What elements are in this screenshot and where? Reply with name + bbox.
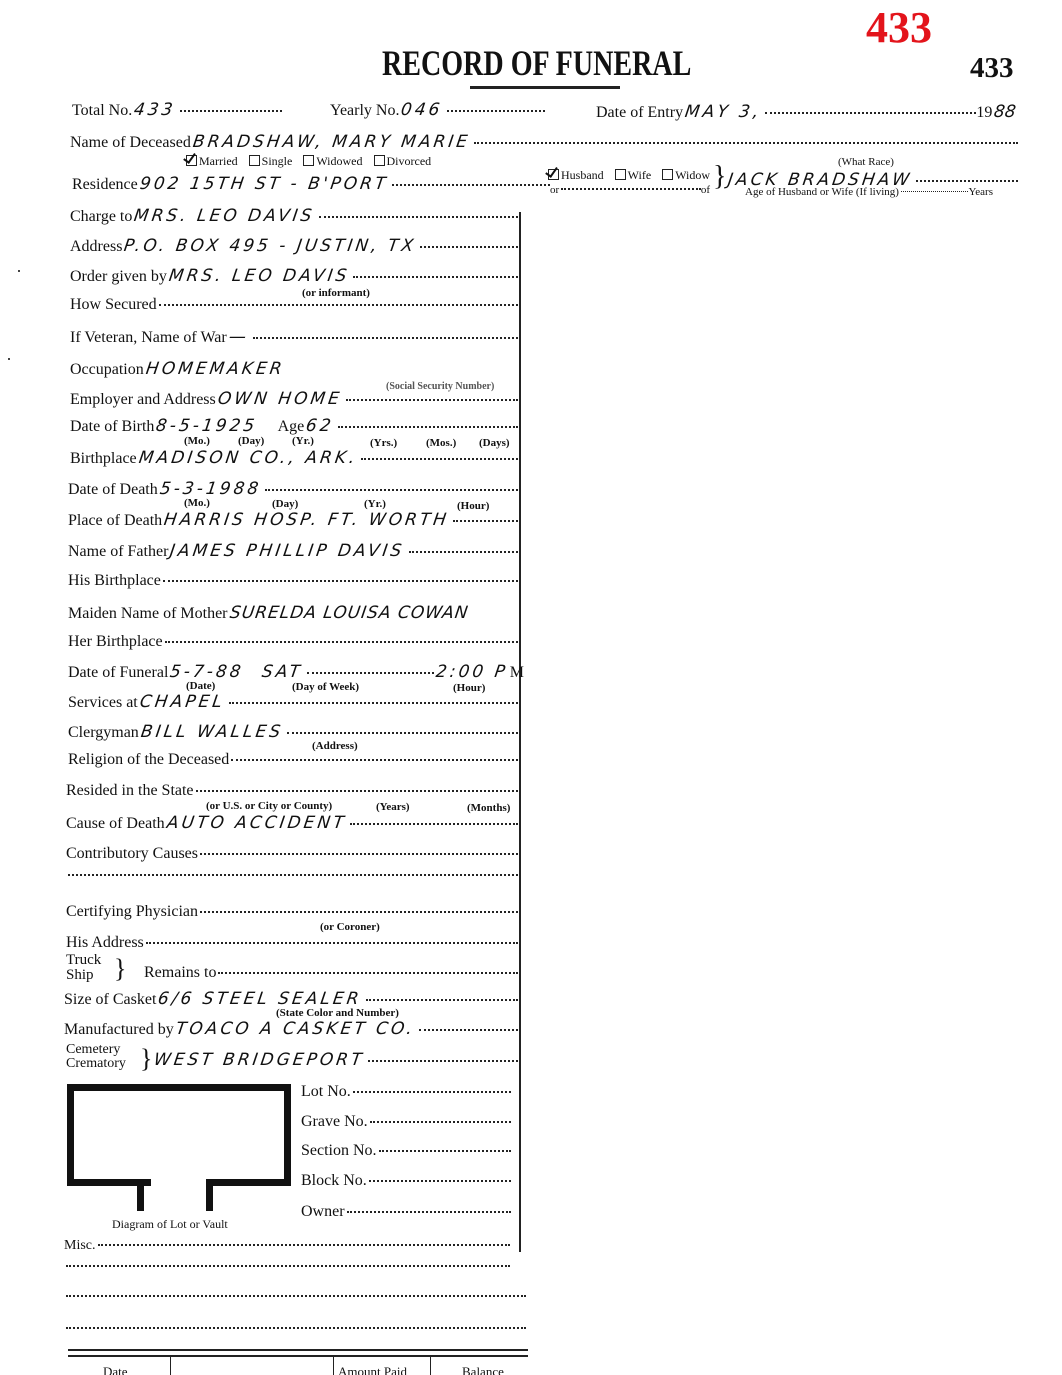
dotted-line — [68, 874, 518, 876]
dotted-line — [419, 1029, 518, 1031]
misc-field: Misc. — [64, 1238, 510, 1254]
father-label: Name of Father — [68, 543, 168, 561]
manufacturer-value: TOACO A CASKET CO. — [172, 1019, 418, 1039]
resided-label: Resided in the State — [66, 782, 194, 800]
casket-size-label: Size of Casket — [64, 991, 156, 1009]
dob-sub-day: (Day) — [238, 435, 264, 447]
dotted-line — [366, 999, 518, 1001]
diagram-edge — [67, 1179, 151, 1186]
dotted-line — [200, 911, 518, 913]
religion-label: Religion of the Deceased — [68, 751, 229, 769]
diagram-edge — [206, 1179, 284, 1186]
date-of-birth-label: Date of Birth — [70, 418, 154, 436]
dob-sub-yr: (Yr.) — [292, 435, 314, 447]
address-field: Address P.O. BOX 495 - JUSTIN, TX — [70, 236, 518, 256]
dotted-line — [180, 110, 282, 112]
veteran-war-label: If Veteran, Name of War — [70, 329, 227, 347]
contributory-field: Contributory Causes — [66, 845, 518, 863]
services-at-label: Services at — [68, 694, 138, 712]
funeral-date-value: 5-7-88 — [167, 662, 247, 682]
resided-sub-years: (Years) — [376, 801, 410, 813]
contributory-label: Contributory Causes — [66, 845, 198, 863]
diagram-caption: Diagram of Lot or Vault — [112, 1217, 228, 1232]
ship-label: Ship — [66, 968, 101, 983]
table-header-amount-paid: Amount Paid — [338, 1364, 407, 1375]
dotted-line — [165, 641, 518, 643]
father-value: JAMES PHILLIP DAVIS — [167, 541, 408, 561]
single-label: Single — [262, 154, 293, 168]
wife-checkbox[interactable] — [615, 169, 626, 180]
date-of-birth-value: 8-5-1925 — [153, 416, 261, 436]
spouse-age-label: Age of Husband or Wife (If living) — [745, 186, 899, 198]
section-no-field: Section No. — [301, 1142, 511, 1160]
manufacturer-field: Manufactured by TOACO A CASKET CO. — [64, 1019, 518, 1039]
brace: } — [114, 955, 126, 983]
page-title: RECORD OF FUNERAL — [382, 42, 691, 84]
dotted-line — [200, 853, 518, 855]
dotted-line — [66, 1327, 526, 1329]
table-col-divider — [170, 1356, 171, 1375]
physician-label: Certifying Physician — [66, 903, 198, 921]
dotted-line — [146, 942, 518, 944]
divorced-label: Divorced — [387, 154, 432, 168]
his-birthplace-label: His Birthplace — [68, 572, 161, 590]
divorced-checkbox[interactable] — [374, 155, 385, 166]
order-given-by-label: Order given by — [70, 268, 167, 286]
married-label: Married — [199, 154, 238, 168]
total-no-label: Total No. — [72, 102, 132, 120]
dotted-line — [916, 180, 1018, 182]
record-number-red: 433 — [866, 2, 932, 53]
what-race-label: (What Race) — [838, 156, 894, 168]
order-given-by-value: MRS. LEO DAVIS — [165, 266, 352, 286]
date-of-death-field: Date of Death 5-3-1988 — [68, 479, 518, 499]
table-col-divider — [333, 1356, 334, 1375]
table-top-rule — [68, 1349, 528, 1351]
dotted-line — [229, 702, 519, 704]
dotted-line — [338, 426, 518, 428]
cemetery-crematory-label: Cemetery Crematory — [66, 1043, 126, 1071]
or-coroner-note: (or Coroner) — [320, 921, 380, 933]
scan-mark — [8, 358, 10, 360]
or-label: or — [550, 184, 559, 196]
dotted-line — [163, 580, 518, 582]
dotted-line — [347, 1211, 511, 1213]
yearly-no-field: Yearly No. 046 — [330, 100, 545, 120]
her-birthplace-label: Her Birthplace — [68, 633, 163, 651]
yearly-no-label: Yearly No. — [330, 102, 399, 120]
dod-sub-day: (Day) — [272, 498, 298, 510]
dotted-line — [369, 1180, 511, 1182]
husband-label: Husband — [561, 168, 604, 182]
residence-value: 902 15TH ST - B'PORT — [136, 174, 391, 194]
dotted-line — [66, 1295, 526, 1297]
name-of-deceased-field: Name of Deceased BRADSHAW, MARY MARIE — [70, 132, 1018, 152]
remains-to-field: Remains to — [144, 964, 518, 982]
dotted-line — [231, 759, 518, 761]
resided-sub-area: (or U.S. or City or County) — [206, 800, 332, 812]
date-of-death-value: 5-3-1988 — [156, 479, 264, 499]
dotted-line — [159, 304, 518, 306]
place-of-death-label: Place of Death — [68, 512, 162, 530]
form-column-divider — [519, 212, 521, 1252]
funeral-day-value: SAT — [259, 662, 306, 682]
dotted-line — [447, 110, 545, 112]
age-label: Age — [278, 418, 305, 436]
dotted-line — [319, 216, 518, 218]
date-of-entry-field: Date of Entry MAY 3, 19 88 — [596, 102, 1018, 122]
casket-size-value: 6/6 STEEL SEALER — [155, 989, 365, 1009]
dotted-line — [218, 972, 518, 974]
marital-status-group: Married Single Widowed Divorced — [178, 154, 431, 169]
block-no-field: Block No. — [301, 1172, 511, 1190]
truck-ship-label: Truck Ship — [66, 953, 101, 983]
dotted-line — [265, 489, 518, 491]
veteran-war-value: — — [225, 327, 252, 347]
funeral-meridiem: M — [510, 664, 524, 682]
owner-label: Owner — [301, 1203, 345, 1221]
remains-to-label: Remains to — [144, 964, 216, 982]
widowed-label: Widowed — [316, 154, 362, 168]
section-no-label: Section No. — [301, 1142, 377, 1160]
single-checkbox[interactable] — [249, 155, 260, 166]
name-of-deceased-value: BRADSHAW, MARY MARIE — [189, 132, 473, 152]
record-number-print: 433 — [970, 52, 1014, 85]
misc-line-2 — [64, 1268, 510, 1270]
dotted-line — [474, 142, 1018, 144]
date-of-death-label: Date of Death — [68, 481, 158, 499]
total-no-value: 433 — [131, 100, 179, 120]
contributory-line-2 — [66, 877, 518, 879]
employer-value: OWN HOME — [214, 389, 345, 409]
occupation-label: Occupation — [70, 361, 144, 379]
manufacturer-label: Manufactured by — [64, 1021, 174, 1039]
charge-to-label: Charge to — [70, 208, 132, 226]
birthplace-field: Birthplace MADISON CO., ARK. — [70, 448, 518, 468]
employer-field: Employer and Address OWN HOME — [70, 389, 518, 409]
table-header-date: Date — [103, 1364, 128, 1375]
physician-field: Certifying Physician — [66, 903, 518, 921]
his-address-field: His Address — [66, 934, 518, 952]
his-address-label: His Address — [66, 934, 144, 952]
residence-or-of: or of — [550, 184, 710, 196]
religion-field: Religion of the Deceased — [68, 751, 518, 769]
table-top-rule — [68, 1355, 528, 1357]
dotted-line — [98, 1244, 511, 1246]
dotted-line — [901, 191, 969, 192]
widow-checkbox[interactable] — [662, 169, 673, 180]
residence-field: Residence 902 15TH ST - B'PORT — [72, 174, 550, 194]
charge-to-value: MRS. LEO DAVIS — [131, 206, 318, 226]
spouse-age-unit: Years — [968, 186, 993, 198]
place-of-death-field: Place of Death HARRIS HOSP. FT. WORTH — [68, 510, 518, 530]
clergyman-value: BILL WALLES — [137, 722, 286, 742]
dotted-line — [420, 246, 518, 248]
father-field: Name of Father JAMES PHILLIP DAVIS — [68, 541, 518, 561]
cause-of-death-label: Cause of Death — [66, 815, 165, 833]
misc-line-3 — [64, 1298, 526, 1300]
total-no-field: Total No. 433 — [72, 100, 282, 120]
dotted-line — [361, 458, 518, 460]
address-label: Address — [70, 238, 122, 256]
mother-field: Maiden Name of Mother SURELDA LOUISA COW… — [68, 603, 518, 623]
widow-label: Widow — [675, 168, 710, 182]
his-birthplace-field: His Birthplace — [68, 572, 518, 590]
dotted-line — [392, 184, 550, 186]
dotted-line — [409, 551, 518, 553]
dotted-line — [346, 399, 518, 401]
date-of-entry-label: Date of Entry — [596, 104, 683, 122]
occupation-value: HOMEMAKER — [142, 359, 287, 379]
diagram-edge — [137, 1186, 144, 1211]
funeral-date-label: Date of Funeral — [68, 664, 168, 682]
occupation-field: Occupation HOMEMAKER — [70, 359, 330, 379]
dotted-line — [561, 188, 701, 190]
name-of-deceased-label: Name of Deceased — [70, 134, 191, 152]
how-secured-field: How Secured — [70, 296, 518, 314]
truck-label: Truck — [66, 953, 101, 968]
cemetery-field: WEST BRIDGEPORT — [152, 1050, 518, 1070]
residence-label: Residence — [72, 176, 138, 194]
misc-label: Misc. — [64, 1238, 96, 1254]
birthplace-value: MADISON CO., ARK. — [135, 448, 360, 468]
birthplace-label: Birthplace — [70, 450, 137, 468]
dod-sub-mo: (Mo.) — [184, 497, 210, 509]
block-no-label: Block No. — [301, 1172, 367, 1190]
dotted-line — [370, 1121, 511, 1123]
scan-mark — [18, 270, 20, 272]
clergyman-label: Clergyman — [68, 724, 139, 742]
dotted-line — [765, 112, 976, 114]
lot-no-field: Lot No. — [301, 1083, 511, 1101]
charge-to-field: Charge to MRS. LEO DAVIS — [70, 206, 518, 226]
grave-no-label: Grave No. — [301, 1113, 368, 1131]
lot-no-label: Lot No. — [301, 1083, 351, 1101]
dotted-line — [196, 790, 518, 792]
married-checkbox[interactable] — [186, 155, 197, 166]
place-of-death-value: HARRIS HOSP. FT. WORTH — [161, 510, 453, 530]
employer-label: Employer and Address — [70, 391, 216, 409]
her-birthplace-field: Her Birthplace — [68, 633, 518, 651]
spouse-age-field: Age of Husband or Wife (If living) Years — [745, 186, 993, 198]
grave-no-field: Grave No. — [301, 1113, 511, 1131]
table-col-divider — [430, 1356, 431, 1375]
funeral-date-field: Date of Funeral 5-7-88 SAT 2:00 P M — [68, 662, 524, 682]
veteran-war-field: If Veteran, Name of War — — [70, 327, 518, 347]
cause-of-death-value: AUTO ACCIDENT — [163, 813, 349, 833]
clergyman-field: Clergyman BILL WALLES — [68, 722, 518, 742]
dotted-line — [379, 1150, 511, 1152]
title-underline — [470, 86, 620, 89]
how-secured-label: How Secured — [70, 296, 157, 314]
dotted-line — [253, 337, 518, 339]
cemetery-value: WEST BRIDGEPORT — [151, 1050, 368, 1070]
address-value: P.O. BOX 495 - JUSTIN, TX — [121, 236, 420, 256]
dob-sub-mo: (Mo.) — [184, 435, 210, 447]
table-header-balance: Balance — [462, 1364, 504, 1375]
casket-color-note: (State Color and Number) — [276, 1007, 399, 1019]
dotted-line — [350, 823, 518, 825]
of-label: of — [701, 184, 710, 196]
dotted-line — [307, 672, 434, 674]
dotted-line — [453, 520, 518, 522]
dotted-line — [368, 1060, 518, 1062]
dod-sub-yr: (Yr.) — [364, 498, 386, 510]
dotted-line — [353, 276, 518, 278]
mother-value: SURELDA LOUISA COWAN — [226, 603, 471, 623]
services-at-value: CHAPEL — [136, 692, 228, 712]
resided-field: Resided in the State — [66, 782, 518, 800]
date-of-birth-field: Date of Birth 8-5-1925 Age 62 — [70, 416, 518, 436]
yearly-no-value: 046 — [398, 100, 446, 120]
order-given-by-field: Order given by MRS. LEO DAVIS — [70, 266, 518, 286]
owner-field: Owner — [301, 1203, 511, 1221]
mother-label: Maiden Name of Mother — [68, 605, 228, 623]
dotted-line — [66, 1265, 510, 1267]
date-of-entry-value: MAY 3, — [682, 102, 765, 122]
wife-label: Wife — [628, 168, 652, 182]
year-suffix: 88 — [991, 102, 1019, 122]
lot-vault-diagram — [67, 1084, 291, 1186]
diagram-edge — [206, 1186, 213, 1211]
funeral-hour-value: 2:00 P — [433, 662, 512, 682]
dotted-line — [353, 1091, 511, 1093]
services-at-field: Services at CHAPEL — [68, 692, 518, 712]
cemetery-label: Cemetery — [66, 1043, 126, 1057]
spouse-type-group: Husband Wife Widow — [540, 168, 710, 183]
dotted-line — [287, 732, 518, 734]
casket-size-field: Size of Casket 6/6 STEEL SEALER — [64, 989, 518, 1009]
misc-line-4 — [64, 1330, 526, 1332]
crematory-label: Crematory — [66, 1057, 126, 1071]
cause-of-death-field: Cause of Death AUTO ACCIDENT — [66, 813, 518, 833]
funeral-sub-date: (Date) — [186, 680, 215, 692]
husband-checkbox[interactable] — [548, 169, 559, 180]
widowed-checkbox[interactable] — [303, 155, 314, 166]
age-value: 62 — [303, 416, 337, 436]
